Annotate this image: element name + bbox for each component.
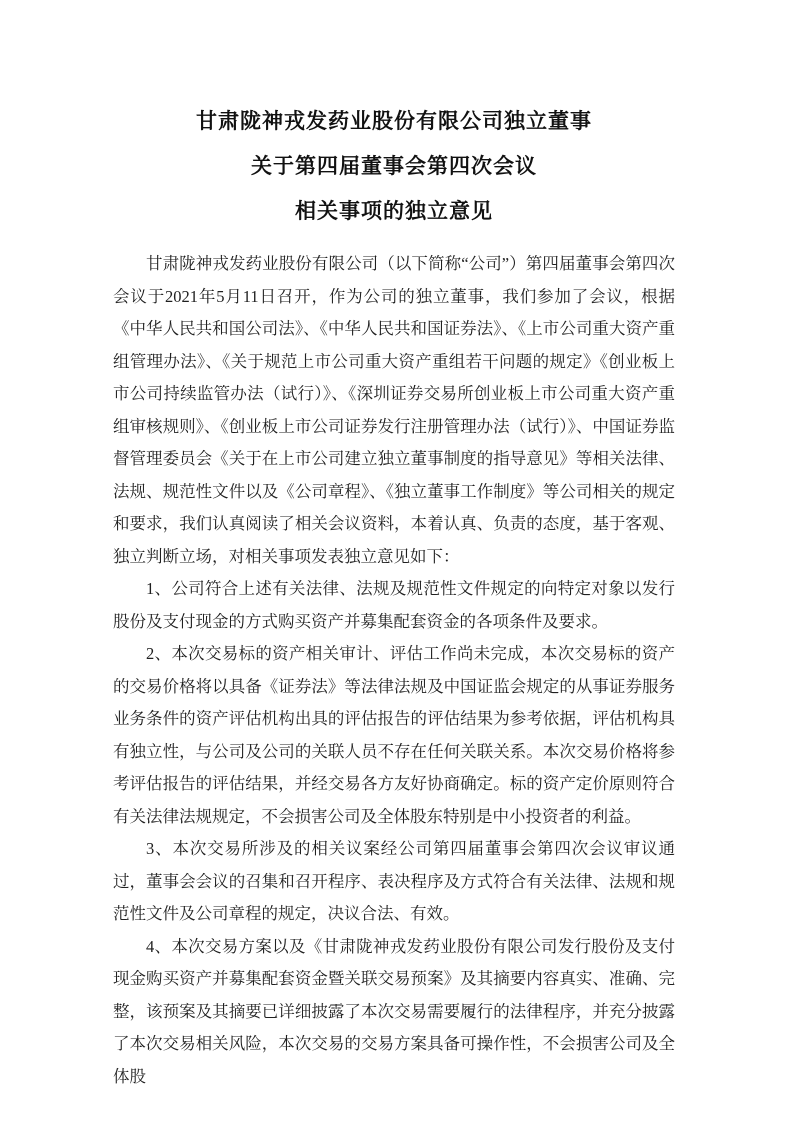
paragraph-5: 4、本次交易方案以及《甘肃陇神戎发药业股份有限公司发行股份及支付现金购买资产并募… (113, 931, 675, 1094)
document-body: 甘肃陇神戎发药业股份有限公司（以下简称“公司”）第四届董事会第四次会议于2021… (113, 248, 675, 1093)
title-line-1: 甘肃陇神戎发药业股份有限公司独立董事 (113, 99, 675, 144)
title-line-2: 关于第四届董事会第四次会议 (113, 144, 675, 189)
paragraph-2: 1、公司符合上述有关法律、法规及规范性文件规定的向特定对象以发行股份及支付现金的… (113, 573, 675, 638)
document-content: 甘肃陇神戎发药业股份有限公司独立董事 关于第四届董事会第四次会议 相关事项的独立… (113, 0, 675, 1093)
title-line-3: 相关事项的独立意见 (113, 189, 675, 234)
paragraph-4: 3、本次交易所涉及的相关议案经公司第四届董事会第四次会议审议通过，董事会会议的召… (113, 833, 675, 931)
document-title: 甘肃陇神戎发药业股份有限公司独立董事 关于第四届董事会第四次会议 相关事项的独立… (113, 0, 675, 234)
paragraph-1: 甘肃陇神戎发药业股份有限公司（以下简称“公司”）第四届董事会第四次会议于2021… (113, 248, 675, 573)
document-page: 甘肃陇神戎发药业股份有限公司独立董事 关于第四届董事会第四次会议 相关事项的独立… (0, 0, 793, 1122)
paragraph-3: 2、本次交易标的资产相关审计、评估工作尚未完成，本次交易标的资产的交易价格将以具… (113, 638, 675, 833)
